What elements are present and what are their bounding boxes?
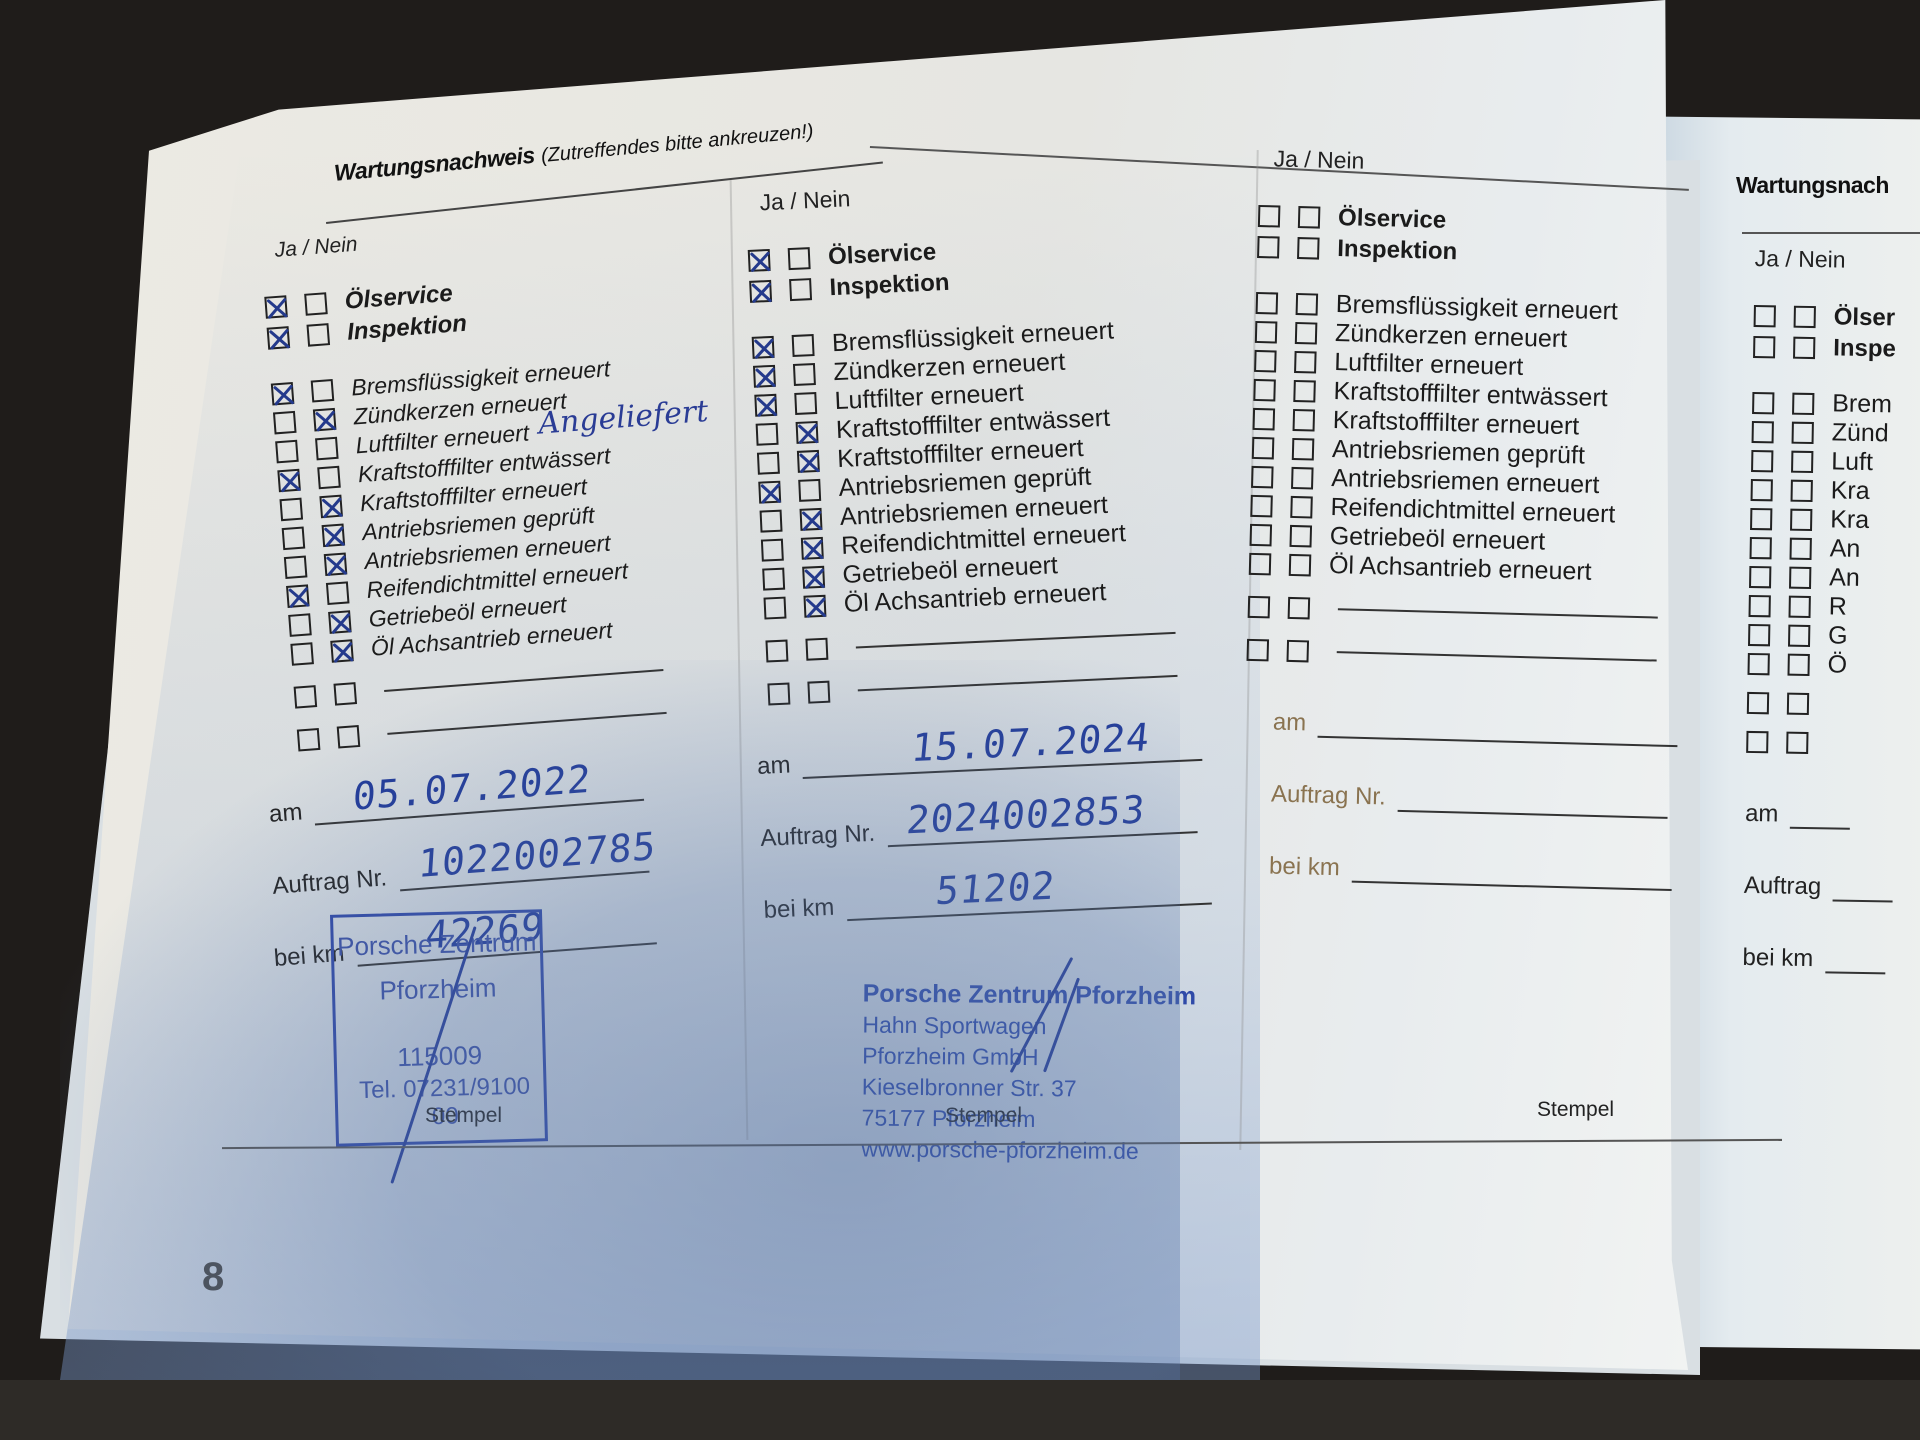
checklist-item-label: Kra [1830,476,1869,506]
stamp-line: Kieselbronner Str. 37 [862,1072,1196,1106]
no-checkbox[interactable] [1789,595,1811,617]
order-number-line[interactable]: 2024002853 [886,795,1197,847]
stamp-label: Stempel [945,1104,1022,1128]
no-checkbox[interactable] [803,594,826,617]
no-checkbox[interactable] [801,536,824,559]
yes-checkbox[interactable] [1248,595,1271,618]
yes-checkbox[interactable] [1749,594,1771,616]
date-value: 05.07.2022 [352,756,593,818]
date-field: am 05.07.2022 [267,756,737,829]
yes-checkbox[interactable] [1249,552,1272,575]
no-checkbox[interactable] [1787,653,1809,675]
checklist-row: Zünd [1751,417,1901,449]
field-line[interactable] [1833,863,1894,902]
no-checkbox[interactable] [333,682,357,706]
yes-checkbox[interactable] [1753,335,1775,357]
yes-checkbox[interactable] [1751,449,1773,471]
right-page-entry: Ja / Nein ÖlserInspeBremZündLuftKraKraAn… [1742,245,1904,974]
yes-checkbox[interactable] [267,326,291,350]
yes-checkbox[interactable] [1253,378,1276,401]
no-checkbox[interactable] [1787,692,1809,714]
no-checkbox[interactable] [1293,408,1316,431]
form-field: Auftrag [1744,862,1894,903]
yes-checkbox[interactable] [1752,420,1774,442]
checklist-item-label: Ö [1827,650,1847,679]
no-checkbox[interactable] [306,323,330,347]
service-type-row: Inspe [1753,331,1903,365]
form-field: bei km [1742,934,1892,975]
no-checkbox[interactable] [1294,350,1317,373]
blank-checklist-row [1747,688,1897,720]
checklist-item-label: G [1828,621,1848,650]
date-field: am [1273,699,1679,748]
right-page-title: Wartungsnach [1736,172,1889,199]
yes-checkbox[interactable] [1247,638,1270,661]
no-checkbox[interactable] [796,420,819,443]
order-number-value: 2024002853 [904,787,1147,842]
no-checkbox[interactable] [1288,596,1311,619]
checklist: ÖlserInspeBremZündLuftKraKraAnAnRGÖ [1746,300,1903,759]
blank-checklist-row [1246,635,1680,675]
yes-checkbox[interactable] [1749,565,1771,587]
no-checkbox[interactable] [1788,624,1810,646]
no-checkbox[interactable] [1794,305,1816,327]
stamp-line: Pforzheim [335,971,542,1007]
stamp-label: Stempel [425,1104,502,1128]
stamp-label: Stempel [1537,1098,1614,1122]
header-rule [1742,232,1920,234]
checklist-item-label: Kra [1830,505,1869,535]
yes-checkbox[interactable] [1255,320,1278,343]
field-line[interactable] [1825,935,1886,974]
no-checkbox[interactable] [1291,466,1314,489]
yes-checkbox[interactable] [749,279,772,302]
yes-checkbox[interactable] [284,555,308,579]
stamp-line: Pforzheim GmbH [862,1041,1196,1075]
no-checkbox[interactable] [1296,292,1319,315]
yes-checkbox[interactable] [1754,304,1776,326]
yes-checkbox[interactable] [294,685,318,709]
checklist: ÖlserviceInspektionBremsflüssigkeit erne… [264,259,732,754]
no-checkbox[interactable] [1289,553,1312,576]
yes-checkbox[interactable] [762,567,785,590]
no-checkbox[interactable] [326,581,350,605]
order-number-line[interactable] [1397,774,1668,819]
order-number-label: Auftrag Nr. [271,864,387,901]
yes-checkbox[interactable] [1748,652,1770,674]
yes-checkbox[interactable] [1250,494,1273,517]
yes-checkbox[interactable] [288,613,312,637]
stamp-line: www.porsche-pforzheim.de [861,1134,1195,1168]
checklist-row: Kra [1750,504,1900,536]
no-checkbox[interactable] [1790,508,1812,530]
order-number-field: Auftrag Nr. [1271,771,1677,820]
no-checkbox[interactable] [789,278,812,301]
yes-checkbox[interactable] [271,381,295,405]
stamp-line: Porsche Zentrum [333,926,540,962]
checklist-row: R [1748,591,1898,623]
yes-checkbox[interactable] [761,538,784,561]
yes-checkbox[interactable] [1254,349,1277,372]
yes-checkbox[interactable] [1252,436,1275,459]
checklist-row: Luft [1751,446,1901,478]
yes-checkbox[interactable] [1257,235,1280,258]
no-checkbox[interactable] [1293,379,1316,402]
no-checkbox[interactable] [805,637,828,660]
field-line[interactable] [1790,791,1851,830]
checklist-item-label: R [1828,592,1847,621]
no-checkbox[interactable] [330,639,354,663]
yes-checkbox[interactable] [760,509,783,532]
no-checkbox[interactable] [1792,392,1814,414]
service-type-label: Inspektion [1337,235,1458,266]
spacer [1753,362,1903,391]
service-entry-3: Ja / Nein ÖlserviceInspektionBremsflüssi… [1241,145,1693,891]
no-checkbox[interactable] [319,494,343,518]
yes-checkbox[interactable] [754,393,777,416]
order-number-line[interactable]: 1022002785 [397,835,649,892]
no-checkbox[interactable] [317,465,341,489]
checklist-row: G [1748,620,1898,652]
right-page-title-text: Wartungsnach [1736,172,1889,198]
yes-checkbox[interactable] [264,295,288,319]
yes-checkbox[interactable] [748,248,771,271]
checklist: ÖlserviceInspektionBremsflüssigkeit erne… [747,225,1201,708]
yes-checkbox[interactable] [1752,391,1774,413]
table-surface [0,1380,1920,1440]
yes-checkbox[interactable] [1750,507,1772,529]
stamp-line: 115009 [336,1038,543,1074]
blank-entry-line[interactable] [384,668,663,691]
service-entry-1: Ja / Nein ÖlserviceInspektionBremsflüssi… [260,207,748,969]
yes-checkbox[interactable] [765,639,788,662]
stamp-line: 75177 Pforzheim [861,1103,1195,1137]
yes-checkbox[interactable] [1751,478,1773,500]
order-number-label: Auftrag Nr. [1271,781,1386,812]
service-type-label: Ölservice [827,238,936,271]
yes-checkbox[interactable] [297,727,321,751]
no-checkbox[interactable] [304,292,328,316]
field-label: am [1745,800,1779,829]
blank-entry-line[interactable] [856,631,1176,648]
mileage-label: bei km [1269,852,1340,882]
order-number-field: Auftrag Nr. 2024002853 [759,795,1208,853]
date-field: am 15.07.2024 [756,723,1205,781]
no-checkbox[interactable] [311,378,335,402]
checklist-row: An [1749,562,1899,594]
checklist-item-label: An [1829,563,1860,593]
yes-checkbox[interactable] [273,410,297,434]
yes-checkbox[interactable] [1748,623,1770,645]
blank-entry-line[interactable] [387,711,666,734]
right-page-fields: amAuftragbei km [1742,790,1895,975]
checklist-row: Brem [1752,388,1902,420]
checklist-row: Ö [1747,649,1897,681]
checklist-item-label: An [1829,534,1860,564]
blank-checklist-row [767,660,1202,709]
no-checkbox[interactable] [1791,479,1813,501]
no-checkbox[interactable] [798,478,821,501]
yes-checkbox[interactable] [275,439,299,463]
no-checkbox[interactable] [315,436,339,460]
blank-checklist-row [765,617,1200,666]
yes-checkbox[interactable] [1256,291,1279,314]
checklist: ÖlserviceInspektionBremsflüssigkeit erne… [1246,200,1691,675]
no-checkbox[interactable] [794,391,817,414]
checklist-item-label: Brem [1832,389,1892,419]
no-checkbox[interactable] [799,507,822,530]
no-checkbox[interactable] [788,247,811,270]
yes-checkbox[interactable] [282,526,306,550]
no-checkbox[interactable] [793,363,816,386]
form-field: am [1745,790,1895,831]
no-checkbox[interactable] [1792,421,1814,443]
blank-checklist-row [1248,592,1682,632]
date-label: am [1273,709,1307,738]
date-label: am [268,798,303,828]
yes-checkbox[interactable] [767,682,790,705]
yes-checkbox[interactable] [756,422,779,445]
yes-checkbox[interactable] [1258,204,1281,227]
yes-checkbox[interactable] [279,497,303,521]
service-type-label: Inspe [1833,334,1896,363]
yes-checkbox[interactable] [1253,407,1276,430]
no-checkbox[interactable] [1295,321,1318,344]
no-checkbox[interactable] [313,407,337,431]
dealer-stamp-2: Porsche Zentrum Pforzheim Hahn Sportwage… [861,979,1196,1168]
order-number-field: Auftrag Nr. 1022002785 [271,828,743,901]
mileage-label: bei km [763,894,835,925]
service-entry-2: Ja / Nein ÖlserviceInspektionBremsflüssi… [745,170,1212,924]
stamp-line: Porsche Zentrum Pforzheim [863,979,1197,1013]
service-type-label: Inspektion [829,268,950,301]
yes-checkbox[interactable] [752,335,775,358]
no-checkbox[interactable] [1791,450,1813,472]
no-checkbox[interactable] [324,552,348,576]
yes-checkbox[interactable] [1746,730,1768,752]
field-label: Auftrag [1744,872,1822,901]
date-label: am [757,752,792,781]
no-checkbox[interactable] [807,680,830,703]
no-checkbox[interactable] [337,724,361,748]
checklist-item-label: Luft [1831,447,1873,477]
no-checkbox[interactable] [797,449,820,472]
yes-checkbox[interactable] [1250,523,1273,546]
no-checkbox[interactable] [1793,336,1815,358]
no-checkbox[interactable] [1789,566,1811,588]
blank-entry-line[interactable] [1338,608,1658,618]
no-checkbox[interactable] [1290,495,1313,518]
blank-entry-line[interactable] [1337,651,1657,661]
no-checkbox[interactable] [1297,237,1320,260]
page-number: 8 [202,1255,224,1300]
date-value: 15.07.2024 [910,715,1153,770]
date-line[interactable] [1318,700,1679,747]
no-checkbox[interactable] [1786,731,1808,753]
yes-no-header: Ja / Nein [1755,245,1905,275]
no-checkbox[interactable] [322,523,346,547]
service-type-label: Ölser [1834,303,1896,332]
blank-entry-line[interactable] [858,674,1178,691]
yes-checkbox[interactable] [290,642,314,666]
no-checkbox[interactable] [1290,524,1313,547]
no-checkbox[interactable] [328,610,352,634]
field-label: bei km [1742,944,1813,973]
yes-checkbox[interactable] [277,468,301,492]
no-checkbox[interactable] [802,565,825,588]
no-checkbox[interactable] [792,334,815,357]
service-type-row: Ölser [1753,300,1903,334]
mileage-value: 51202 [934,864,1057,914]
no-checkbox[interactable] [1292,437,1315,460]
yes-checkbox[interactable] [753,364,776,387]
yes-checkbox[interactable] [1750,536,1772,558]
date-line[interactable]: 05.07.2022 [313,763,645,826]
blank-checklist-row [1746,727,1896,759]
yes-checkbox[interactable] [757,451,780,474]
order-number-label: Auftrag Nr. [760,820,876,853]
service-type-label: Ölservice [1338,204,1447,235]
yes-checkbox[interactable] [758,480,781,503]
yes-checkbox[interactable] [1747,691,1769,713]
no-checkbox[interactable] [1298,206,1321,229]
yes-checkbox[interactable] [286,584,310,608]
date-line[interactable]: 15.07.2024 [801,723,1202,779]
checklist-row: An [1749,533,1899,565]
no-checkbox[interactable] [1286,639,1309,662]
order-number-value: 1022002785 [417,824,658,886]
checklist-row: Kra [1750,475,1900,507]
yes-checkbox[interactable] [1251,465,1274,488]
no-checkbox[interactable] [1790,537,1812,559]
checklist-item-label: Zünd [1831,418,1888,448]
checklist-item-label: Öl Achsantrieb erneuert [1329,551,1592,587]
yes-checkbox[interactable] [763,596,786,619]
